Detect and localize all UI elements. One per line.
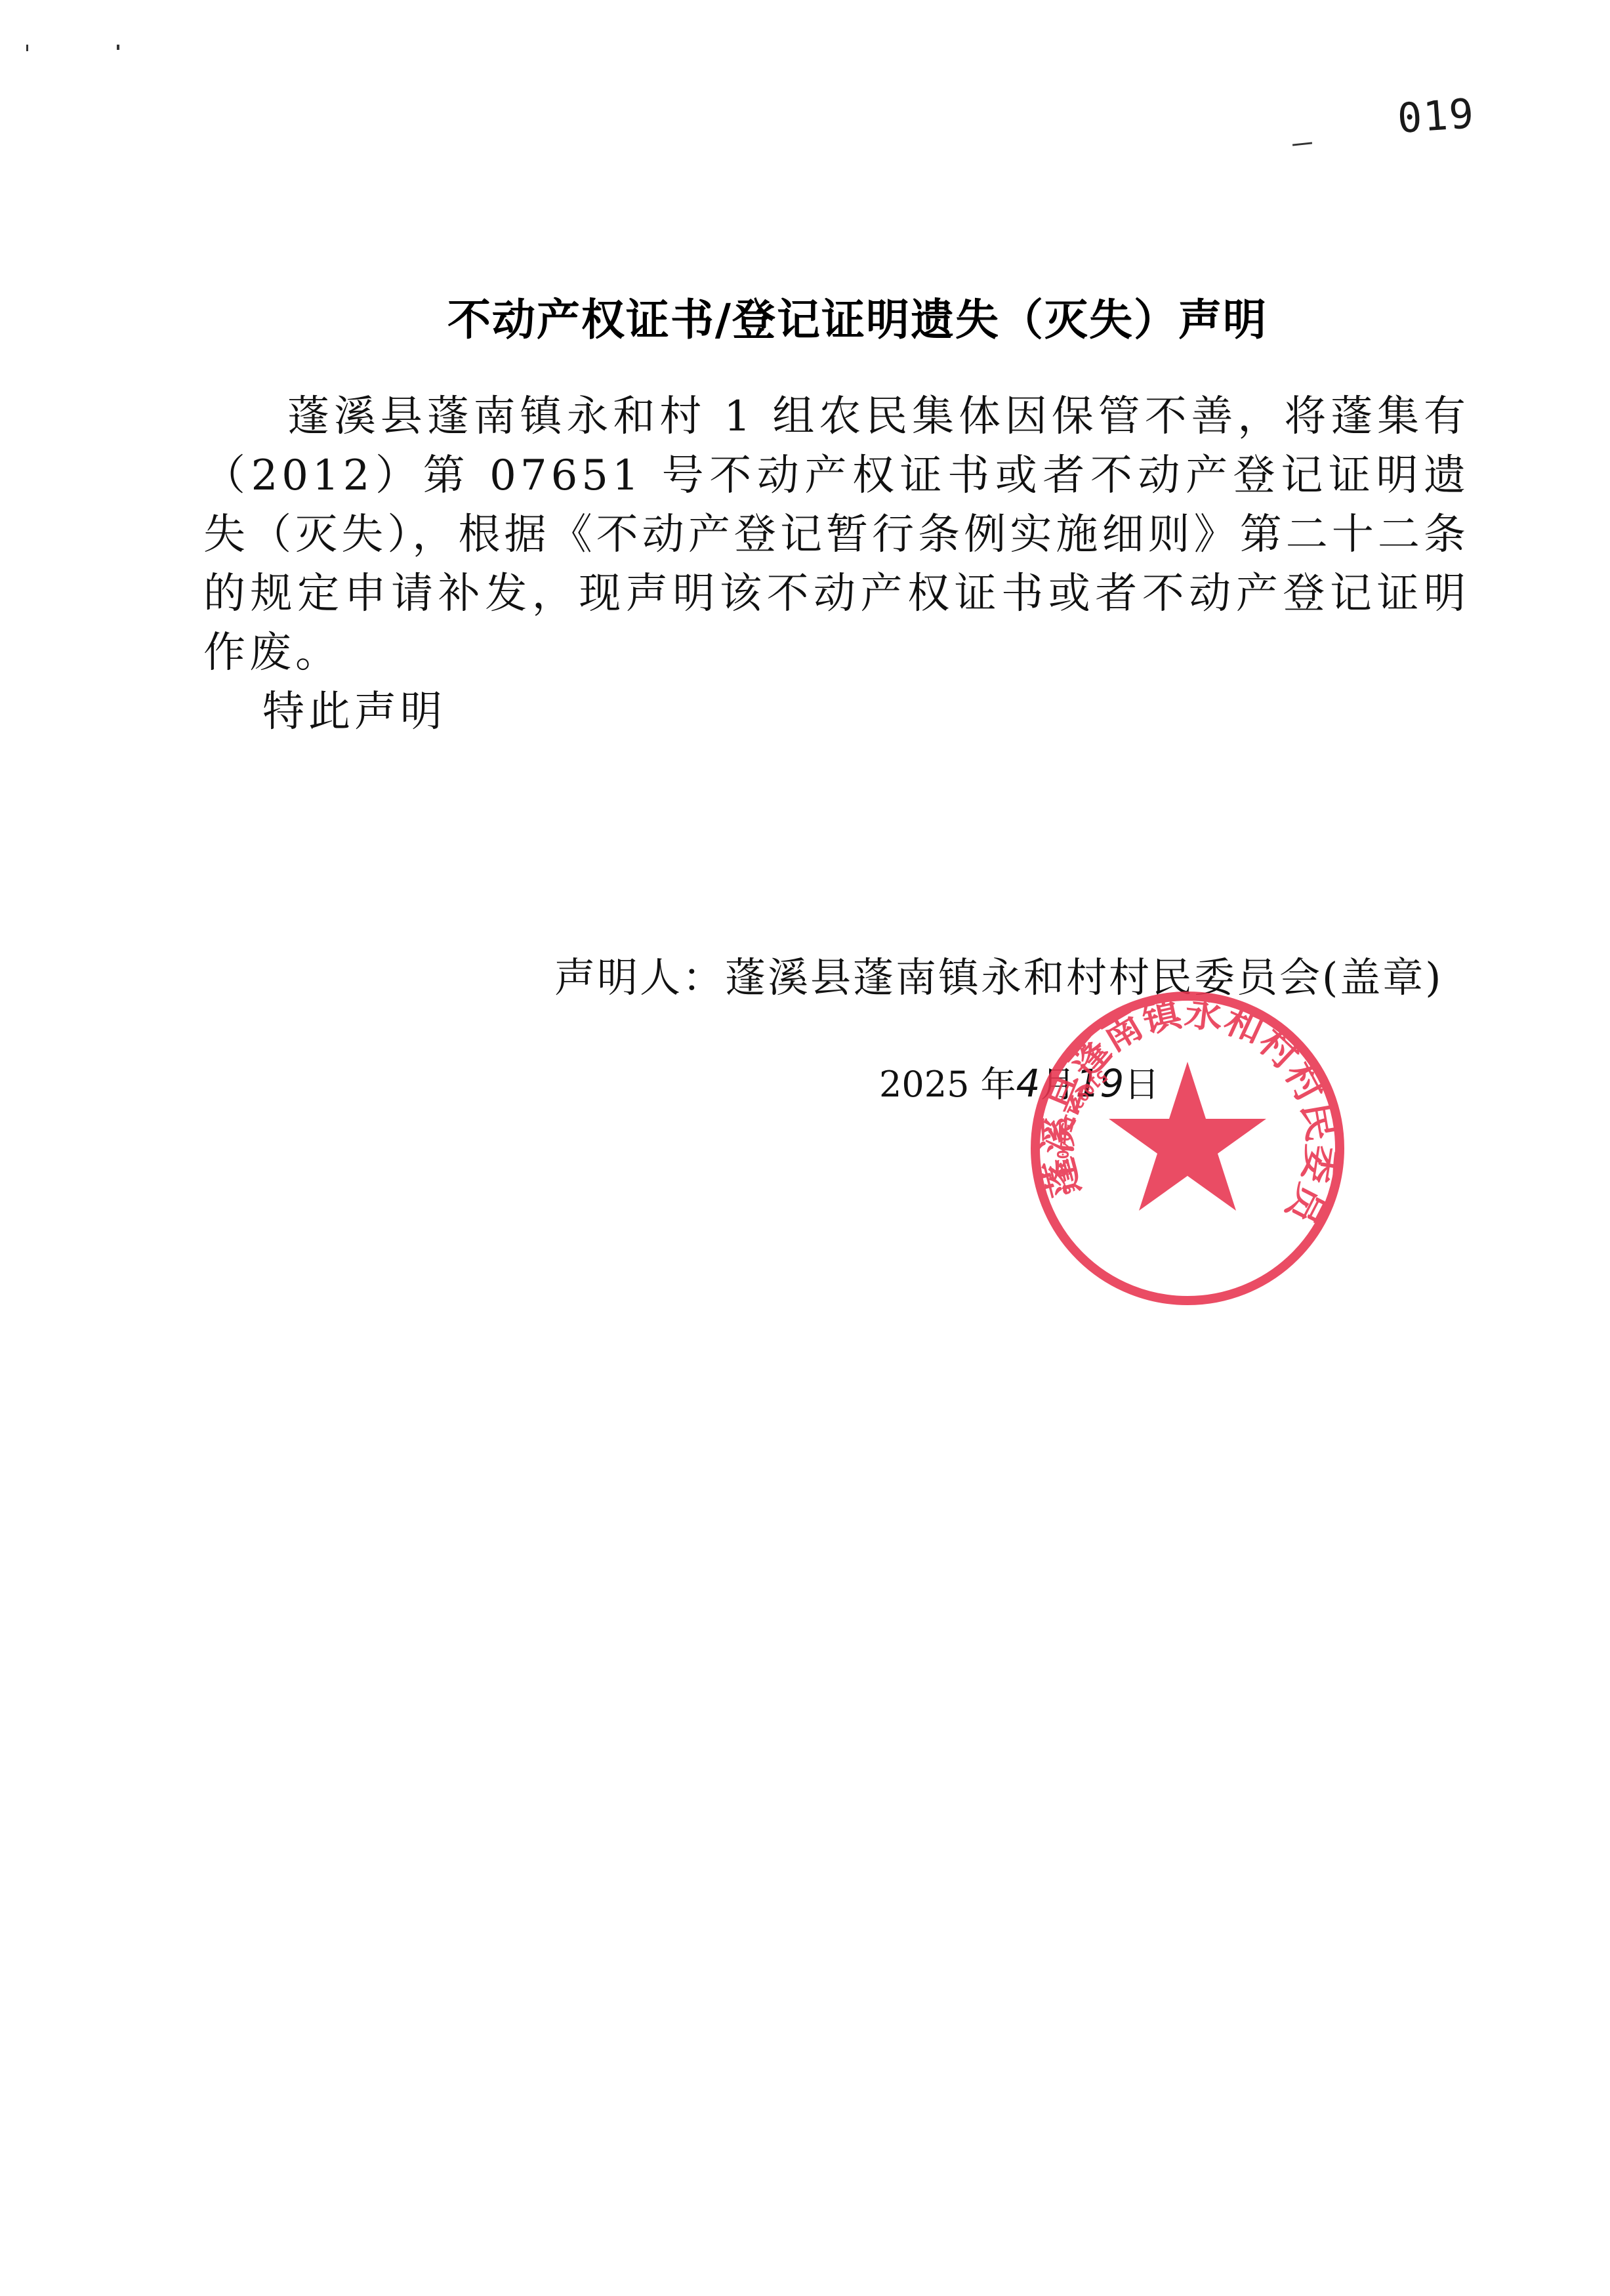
star-icon bbox=[1109, 1062, 1266, 1211]
scan-mark bbox=[1292, 142, 1312, 146]
official-seal: 蓬溪县蓬南镇永和村村民委员会 5109211504056 6 bbox=[1023, 984, 1352, 1312]
page-number: 019 bbox=[1396, 89, 1477, 142]
scan-mark bbox=[26, 45, 28, 51]
date-year-suffix: 年 bbox=[969, 1064, 1016, 1105]
declaration-paragraph: 蓬溪县蓬南镇永和村 1 组农民集体因保管不善，将蓬集有（2012）第 07651… bbox=[203, 387, 1470, 682]
declaration-body: 蓬溪县蓬南镇永和村 1 组农民集体因保管不善，将蓬集有（2012）第 07651… bbox=[203, 387, 1470, 741]
declarant-label: 声明人： bbox=[554, 953, 725, 1001]
closing-statement: 特此声明 bbox=[203, 682, 1470, 741]
scan-mark bbox=[117, 45, 119, 50]
document-title: 不动产权证书/登记证明遗失（灭失）声明 bbox=[0, 285, 1610, 347]
date-year: 2025 bbox=[879, 1064, 969, 1105]
